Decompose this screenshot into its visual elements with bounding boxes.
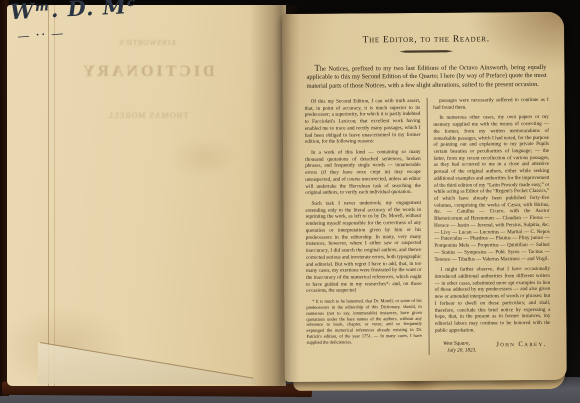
left-blank-page: AINSWORTH'S DICTIONARY THOMAS MORELL — [7, 5, 286, 386]
swelled-rule-ornament — [399, 50, 453, 54]
section-heading: The Editor, to the Reader. — [304, 34, 548, 46]
left-column: Of this my Second Edition, I can with tr… — [305, 98, 429, 356]
showthrough-text: AINSWORTH'S DICTIONARY THOMAS MORELL — [35, 39, 260, 120]
signature-name: John Carey. — [496, 341, 546, 350]
paragraph: Of this my Second Edition, I can with tr… — [305, 98, 421, 146]
paragraph: In a work of this kind — containing so m… — [305, 149, 421, 197]
signature-date: July 20, 1823. — [443, 348, 476, 355]
right-column: passages were necessarily suffered to co… — [427, 97, 551, 355]
signature-place-date: West Square, July 20, 1823. — [443, 341, 476, 355]
gutter-shadow — [250, 5, 300, 387]
paragraph: I might farther observe, that I have occ… — [434, 266, 550, 334]
paragraph: passages were necessarily suffered to co… — [433, 97, 549, 111]
paragraph: In numerous other cases, my own papers o… — [433, 114, 550, 263]
intro-paragraph: The Notices, prefixed to my two last Edi… — [306, 59, 546, 91]
showthrough-line: DICTIONARY — [35, 63, 260, 81]
paragraph: Such task I never undertook; my engageme… — [305, 200, 421, 295]
text-columns: Of this my Second Edition, I can with tr… — [305, 97, 551, 356]
showthrough-line: AINSWORTH'S — [35, 39, 260, 47]
footnote: * It is much to be lamented, that Dr. Mo… — [306, 298, 422, 346]
book-photograph: AINSWORTH'S DICTIONARY THOMAS MORELL Wᵐ.… — [0, 0, 580, 403]
printed-page: The Editor, to the Reader. The Notices, … — [282, 12, 567, 382]
showthrough-line: THOMAS MORELL — [35, 111, 260, 120]
signature-block: West Square, July 20, 1823. John Carey. — [435, 340, 551, 355]
